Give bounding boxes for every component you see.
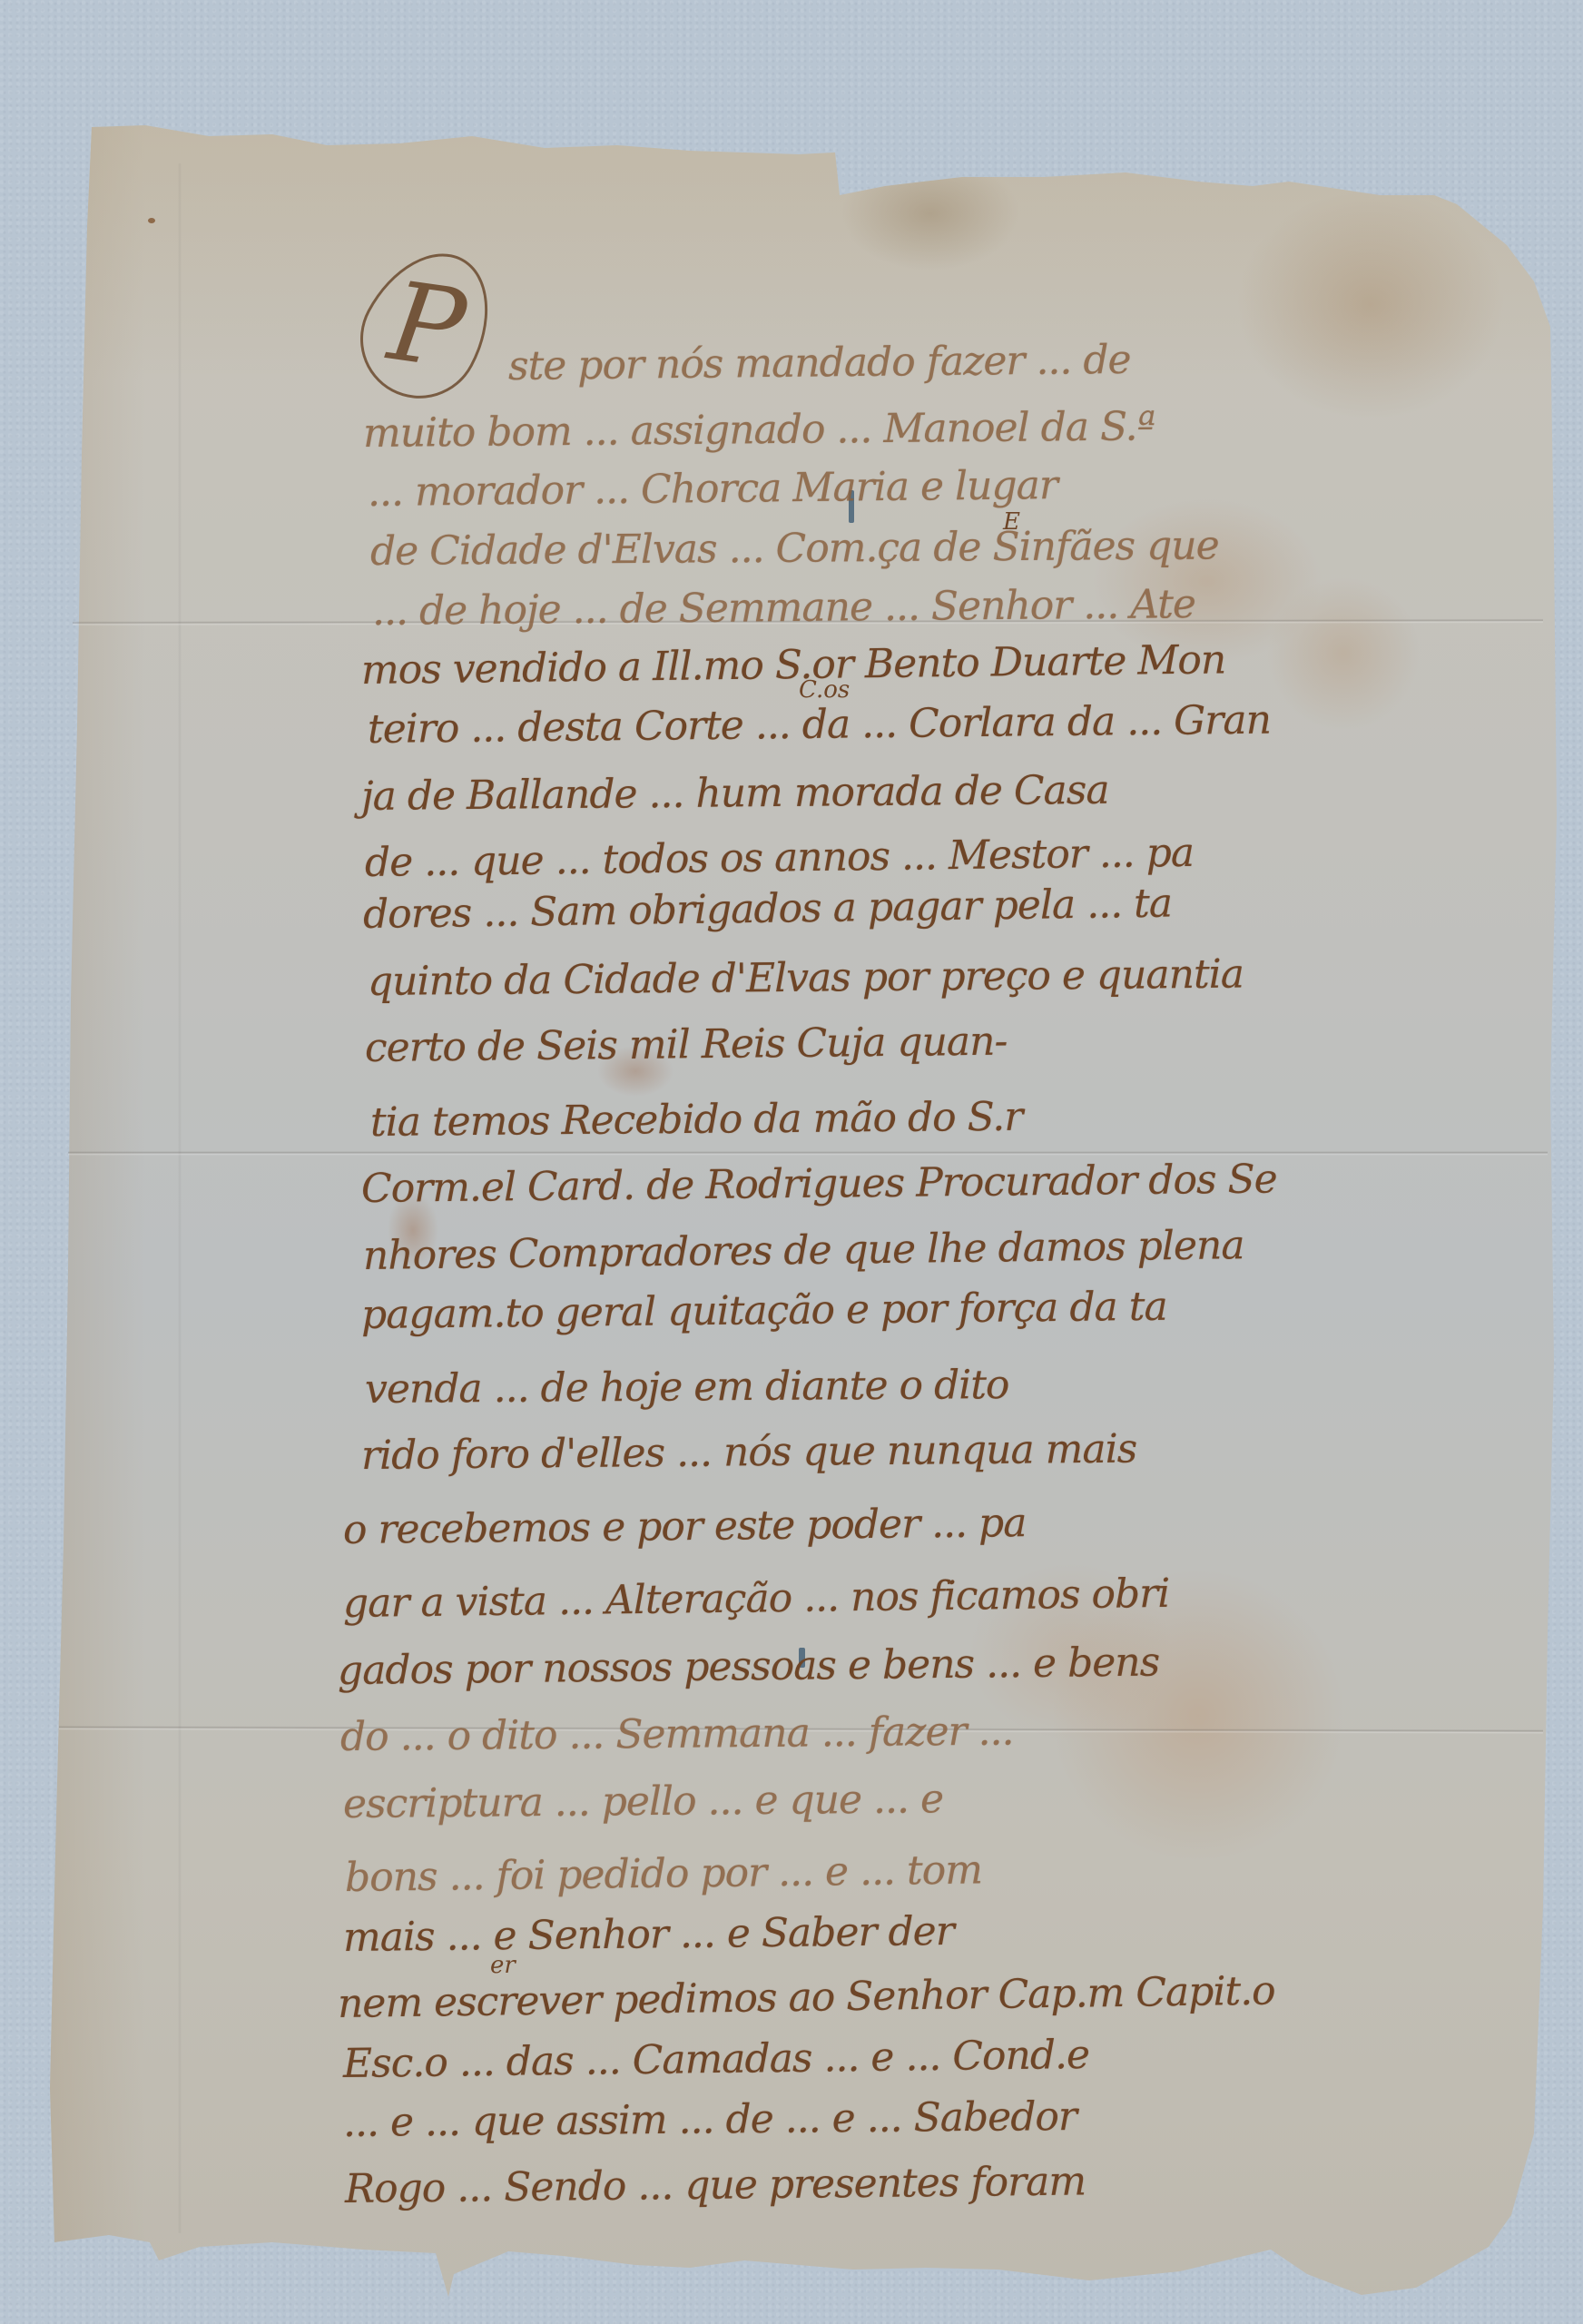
text-line: de ... que ... todos os annos ... Mestor… xyxy=(365,830,1195,886)
text-line: venda ... de hoje em diante o dito xyxy=(365,1362,1009,1413)
text-line: ... morador ... Chorca Maria e lugar xyxy=(368,462,1057,516)
text-line: Corm.el Card. de Rodrigues Procurador do… xyxy=(361,1156,1277,1212)
text-line: certo de Seis mil Reis Cuja quan- xyxy=(365,1019,1008,1071)
text-line: muito bom ... assignado ... Manoel da S.… xyxy=(363,403,1155,457)
text-line: gar a vista ... Alteração ... nos ficamo… xyxy=(343,1571,1170,1627)
text-line: nem escrever pedimos ao Senhor Cap.m Cap… xyxy=(338,1968,1275,2027)
superscript-abbreviation: er xyxy=(490,1952,516,1979)
text-line: bons ... foi pedido por ... e ... tom xyxy=(345,1846,982,1901)
text-line: pagam.to geral quitação e por força da t… xyxy=(361,1284,1167,1338)
superscript-abbreviation: E xyxy=(1003,508,1020,536)
text-line: dores ... Sam obrigados a pagar pela ...… xyxy=(363,881,1173,938)
text-line: ... de hoje ... de Semmane ... Senhor ..… xyxy=(372,581,1195,635)
text-line: do ... o dito ... Semmana ... fazer ... xyxy=(340,1709,1014,1760)
text-line: ... e ... que assim ... de ... e ... Sab… xyxy=(343,2093,1077,2146)
text-line: ste por nós mandado fazer ... de xyxy=(508,337,1131,389)
text-line: teiro ... desta Corte ... da ... Corlara… xyxy=(368,697,1271,753)
text-line: mos vendido a Ill.mo S.or Bento Duarte M… xyxy=(361,636,1226,694)
text-line: mais ... e Senhor ... e Saber der xyxy=(343,1908,954,1961)
text-line: Rogo ... Sendo ... que presentes foram xyxy=(345,2158,1086,2212)
text-line: nhores Compradores de que lhe damos plen… xyxy=(363,1222,1244,1279)
text-line: Esc.o ... das ... Camadas ... e ... Cond… xyxy=(343,2032,1090,2087)
text-line: de Cidade d'Elvas ... Com.ça de Sinfães … xyxy=(370,522,1219,575)
text-line: ja de Ballande ... hum morada de Casa xyxy=(361,767,1109,820)
text-line: quinto da Cidade d'Elvas por preço e qua… xyxy=(368,951,1244,1005)
text-line: rido foro d'elles ... nós que nunqua mai… xyxy=(361,1426,1137,1479)
manuscript-text: P ste por nós mandado fazer ... de muito… xyxy=(0,0,1583,2324)
superscript-abbreviation: C.os xyxy=(799,676,850,704)
text-line: tia temos Recebido da mão do S.r xyxy=(370,1094,1023,1146)
text-line: gados por nossos pessoas e bens ... e be… xyxy=(338,1640,1160,1694)
ink-spot xyxy=(148,218,155,223)
text-line: escriptura ... pello ... e que ... e xyxy=(343,1776,943,1827)
decorated-initial: P xyxy=(383,268,471,386)
text-line: o recebemos e por este poder ... pa xyxy=(343,1500,1027,1553)
